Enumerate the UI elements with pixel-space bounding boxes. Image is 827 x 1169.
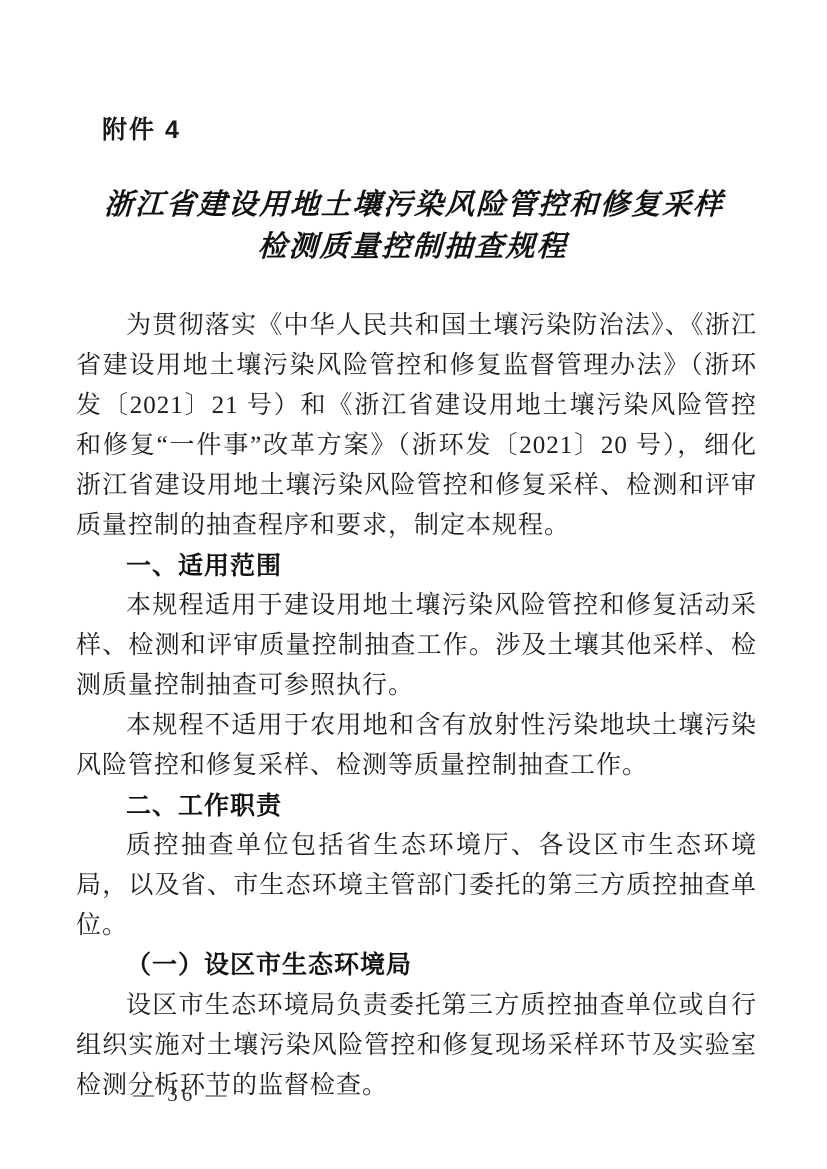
document-title: 浙江省建设用地土壤污染风险管控和修复采样 检测质量控制抽查规程 bbox=[59, 184, 769, 268]
document-title-line1: 浙江省建设用地土壤污染风险管控和修复采样 bbox=[60, 184, 768, 226]
subsection-heading-city-bureau: （一）设区市生态环境局 bbox=[76, 946, 757, 986]
page-number: — 36 — bbox=[133, 1082, 231, 1107]
paragraph-scope-applies: 本规程适用于建设用地土壤污染风险管控和修复活动采样、检测和评审质量控制抽查工作。… bbox=[76, 586, 757, 706]
document-body: 为贯彻落实《中华人民共和国土壤污染防治法》、《浙江省建设用地土壤污染风险管控和修… bbox=[76, 306, 757, 1106]
paragraph-scope-excludes: 本规程不适用于农用地和含有放射性污染地块土壤污染风险管控和修复采样、检测等质量控… bbox=[76, 706, 757, 786]
section-heading-scope: 一、适用范围 bbox=[76, 546, 757, 586]
paragraph-duties-overview: 质控抽查单位包括省生态环境厅、各设区市生态环境局，以及省、市生态环境主管部门委托… bbox=[76, 826, 757, 946]
attachment-label: 附件 4 bbox=[102, 110, 181, 146]
document-page: 附件 4 浙江省建设用地土壤污染风险管控和修复采样 检测质量控制抽查规程 为贯彻… bbox=[0, 0, 827, 1169]
paragraph-preamble: 为贯彻落实《中华人民共和国土壤污染防治法》、《浙江省建设用地土壤污染风险管控和修… bbox=[76, 306, 757, 546]
document-title-line2: 检测质量控制抽查规程 bbox=[59, 226, 767, 268]
section-heading-duties: 二、工作职责 bbox=[76, 786, 757, 826]
